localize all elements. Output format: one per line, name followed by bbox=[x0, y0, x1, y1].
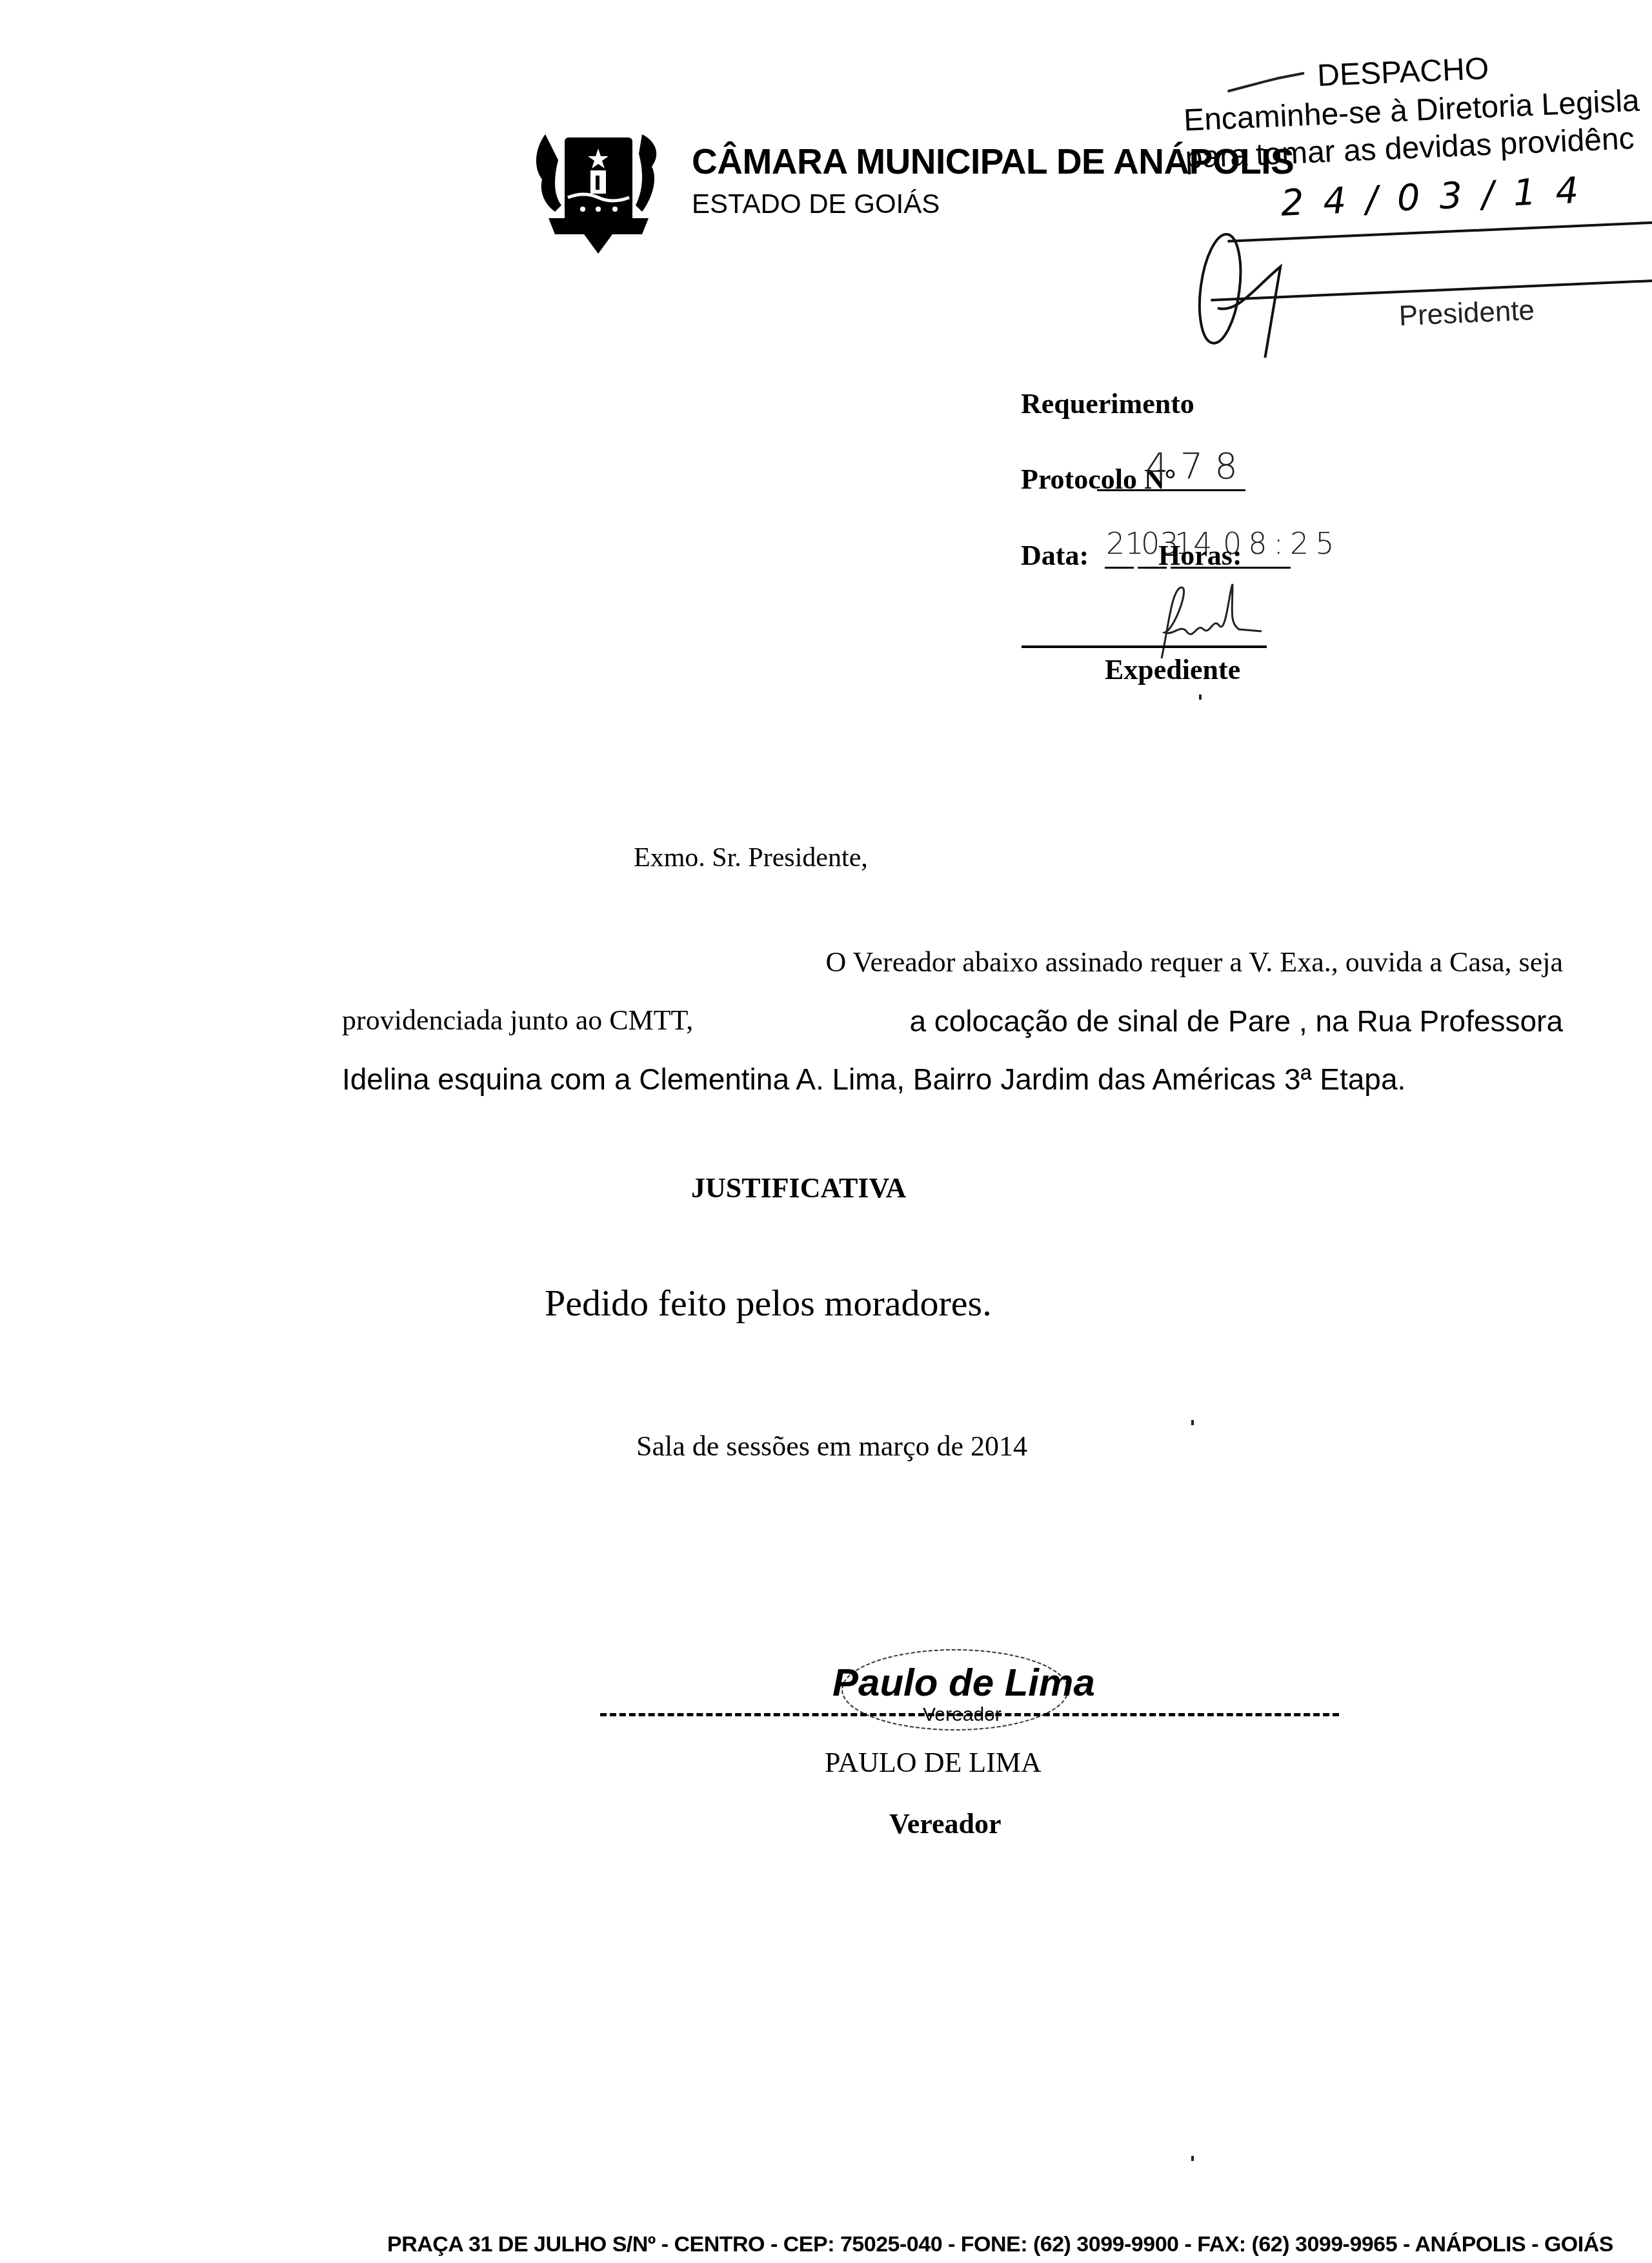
protocol-number: 478 bbox=[1145, 445, 1249, 487]
expediente-signature-line bbox=[1022, 645, 1267, 648]
justification-heading: JUSTIFICATIVA bbox=[691, 1172, 906, 1204]
request-paragraph-line2: providenciada junto ao CMTT, a colocação… bbox=[342, 1004, 1563, 1039]
organization-state: ESTADO DE GOIÁS bbox=[692, 188, 940, 219]
despacho-handwritten-date: 24/03/14 bbox=[1280, 169, 1599, 225]
footer-address: PRAÇA 31 DE JULHO S/Nº - CENTRO - CEP: 7… bbox=[0, 2232, 1652, 2257]
place-and-date: Sala de sessões em março de 2014 bbox=[636, 1430, 1027, 1463]
coat-of-arms-icon bbox=[532, 108, 668, 257]
signer-role: Vereador bbox=[889, 1807, 1002, 1840]
request-line2-sans-part: a colocação de sinal de Pare , na Rua Pr… bbox=[909, 1004, 1563, 1039]
request-line2-serif-part: providenciada junto ao CMTT, bbox=[342, 1004, 693, 1039]
despacho-role: Presidente bbox=[1398, 294, 1535, 332]
president-signature-icon bbox=[1182, 227, 1317, 361]
signature-dashed-line bbox=[600, 1713, 1339, 1716]
date-day-line bbox=[1105, 567, 1134, 569]
expediente-signature-icon bbox=[1136, 578, 1265, 662]
scan-speck bbox=[1191, 1420, 1194, 1425]
date-day: 21 bbox=[1106, 526, 1144, 561]
stamp-scribble-icon bbox=[1227, 72, 1305, 94]
signer-name: PAULO DE LIMA bbox=[825, 1746, 1042, 1779]
despacho-title: DESPACHO bbox=[1316, 51, 1489, 94]
signature-stamp-name: Paulo de Lima bbox=[832, 1660, 1095, 1705]
scan-speck bbox=[1191, 2156, 1194, 2161]
protocol-underline bbox=[1097, 489, 1245, 491]
document-type: Requerimento bbox=[1021, 387, 1194, 420]
hours-value: 08:25 bbox=[1223, 526, 1341, 561]
request-paragraph-line3: Idelina esquina com a Clementina A. Lima… bbox=[342, 1062, 1563, 1097]
expediente-label: Expediente bbox=[1105, 653, 1240, 686]
greeting: Exmo. Sr. Presidente, bbox=[634, 842, 868, 873]
despacho-stamp: DESPACHO Encaminhe-se à Diretoria Legisl… bbox=[1174, 37, 1652, 355]
request-paragraph-line1: O Vereador abaixo assinado requer a V. E… bbox=[342, 946, 1563, 979]
scan-speck bbox=[1199, 695, 1202, 700]
hours-underline bbox=[1216, 567, 1291, 569]
date-label: Data: bbox=[1021, 539, 1089, 572]
justification-text: Pedido feito pelos moradores. bbox=[545, 1281, 992, 1324]
